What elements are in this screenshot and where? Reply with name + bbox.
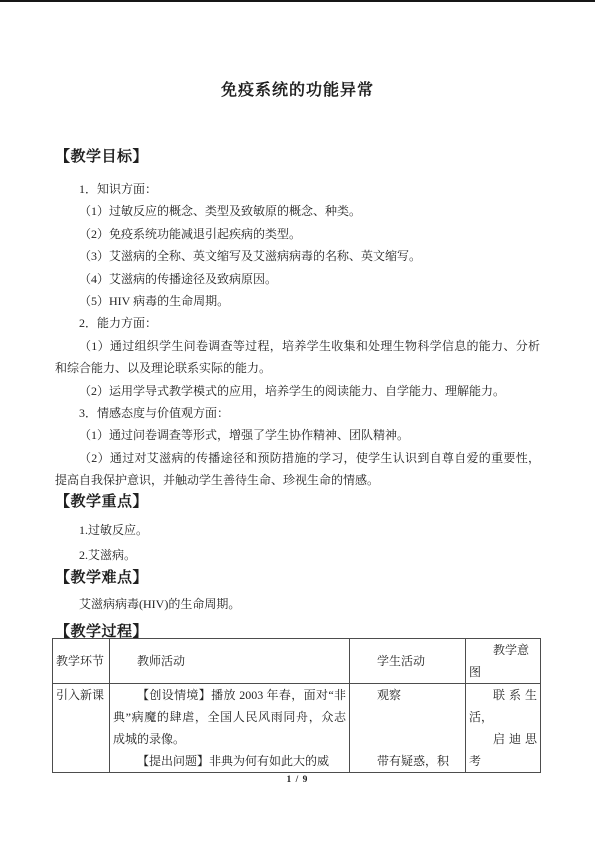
objective-paragraph: （2）通过对艾滋病的传播途径和预防措施的学习，使学生认识到自尊自爱的重要性，提高… [55,447,540,492]
objective-paragraph: （2）运用学导式教学模式的应用，培养学生的阅读能力、自学能力、理解能力。 [55,380,540,402]
objective-paragraph: 2．能力方面： [55,312,540,334]
document-page: 免疫系统的功能异常 【教学目标】 1．知识方面： （1）过敏反应的概念、类型及致… [0,0,595,841]
objective-paragraph: （4）艾滋病的传播途径及致病原因。 [55,268,540,290]
key-point-paragraph: 2.艾滋病。 [55,543,540,568]
col-header-label: 教学环节 [56,650,106,672]
col-header-label: 教学意图 [469,639,537,683]
objective-paragraph: （2）免疫系统功能减退引起疾病的类型。 [55,223,540,245]
page-number: 1 / 9 [55,775,540,785]
difficulty-paragraph: 艾滋病病毒(HIV)的生命周期。 [55,593,540,615]
page-content: 免疫系统的功能异常 【教学目标】 1．知识方面： （1）过敏反应的概念、类型及致… [0,0,595,785]
objective-paragraph: 3．情感态度与价值观方面： [55,402,540,424]
objectives-list: 1．知识方面： （1）过敏反应的概念、类型及致敏原的概念、种类。 （2）免疫系统… [55,178,540,492]
student-activity-paragraph: 带有疑惑，积 [353,750,462,772]
stage-label: 引入新课 [56,684,106,706]
teaching-intent-paragraph: 启迪思考 [469,728,537,772]
col-header-student-activity: 学生活动 [350,638,466,683]
teacher-activity-paragraph: 【提出问题】非典为何有如此大的威 [113,750,346,772]
cell-teaching-intent: 联系生活， 启迪思考 [466,683,541,772]
col-header-label: 教师活动 [113,650,346,672]
objective-paragraph: 1．知识方面： [55,178,540,200]
section-heading-key-points: 【教学重点】 [55,492,540,512]
objective-paragraph: （1）通过问卷调查等形式，增强了学生协作精神、团队精神。 [55,424,540,446]
teaching-process-table: 教学环节 教师活动 学生活动 教学意图 引入新课 [52,638,541,773]
objective-paragraph: （3）艾滋病的全称、英文缩写及艾滋病病毒的名称、英文缩写。 [55,245,540,267]
section-heading-objectives: 【教学目标】 [55,147,540,167]
cell-student-activity: 观察 带有疑惑，积 [350,683,466,772]
cell-teacher-activity: 【创设情境】播放 2003 年春，面对“非典”病魔的肆虐，全国人民风雨同舟，众志… [110,683,350,772]
key-point-paragraph: 1.过敏反应。 [55,518,540,543]
key-points-list: 1.过敏反应。 2.艾滋病。 [55,518,540,568]
teaching-intent-paragraph: 联系生活， [469,684,537,728]
section-heading-difficulties: 【教学难点】 [55,568,540,588]
page-top-edge [0,0,595,2]
objective-paragraph: （1）过敏反应的概念、类型及致敏原的概念、种类。 [55,200,540,222]
objective-paragraph: （5）HIV 病毒的生命周期。 [55,290,540,312]
table-header-row: 教学环节 教师活动 学生活动 教学意图 [53,638,541,683]
col-header-label: 学生活动 [353,650,462,672]
col-header-teacher-activity: 教师活动 [110,638,350,683]
cell-stage: 引入新课 [53,683,110,772]
col-header-teaching-intent: 教学意图 [466,638,541,683]
teacher-activity-paragraph: 【创设情境】播放 2003 年春，面对“非典”病魔的肆虐，全国人民风雨同舟，众志… [113,684,346,750]
student-activity-paragraph: 观察 [353,684,462,706]
objective-paragraph: （1）通过组织学生问卷调查等过程，培养学生收集和处理生物科学信息的能力、分析和综… [55,335,540,380]
col-header-stage: 教学环节 [53,638,110,683]
document-title: 免疫系统的功能异常 [55,0,540,101]
table-row: 引入新课 【创设情境】播放 2003 年春，面对“非典”病魔的肆虐，全国人民风雨… [53,683,541,772]
